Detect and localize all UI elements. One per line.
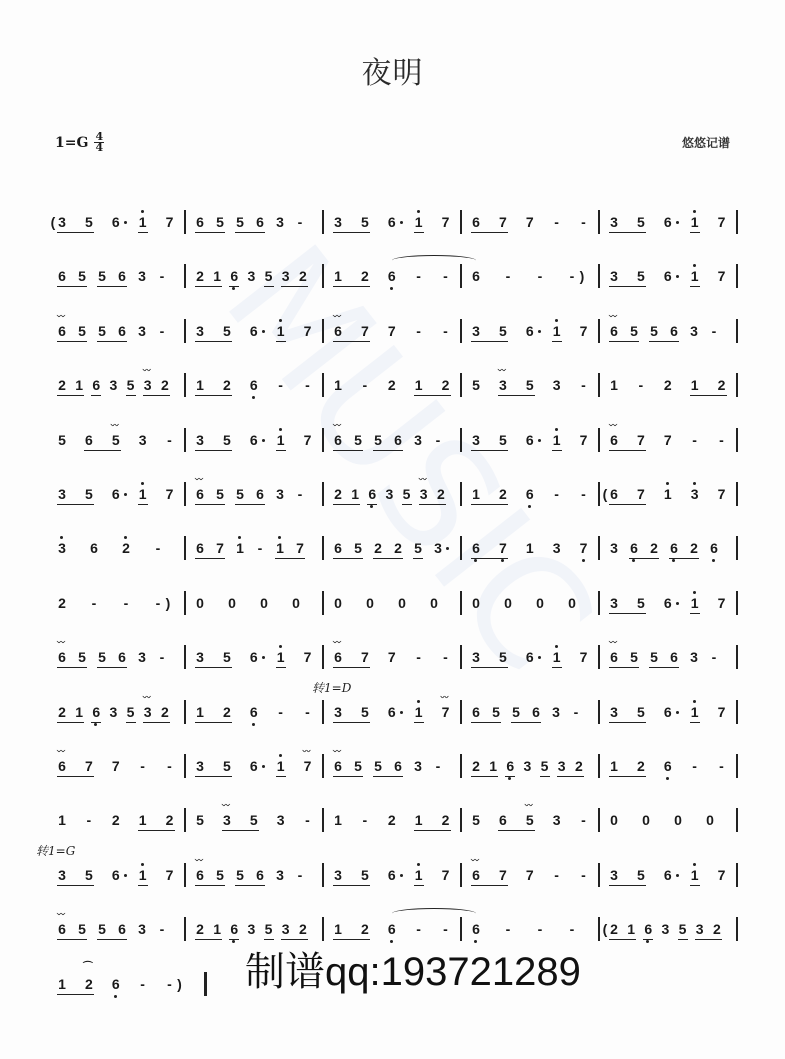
- barline: [598, 808, 600, 832]
- note: 3: [432, 533, 444, 563]
- note: 6: [88, 533, 100, 563]
- beam-underline: [373, 558, 403, 559]
- beam-underline: [609, 504, 646, 505]
- note: 2: [386, 370, 398, 400]
- trill-icon: 〰: [143, 694, 150, 702]
- barline: [322, 808, 324, 832]
- dash: -: [635, 370, 647, 400]
- barline: [184, 536, 186, 560]
- beam-underline: [235, 504, 265, 505]
- beam-underline: [471, 504, 508, 505]
- beam-underline: [333, 885, 370, 886]
- beam-underline: [373, 776, 403, 777]
- note: 6: [110, 207, 122, 237]
- contact-info: 制谱qq:193721289: [245, 940, 581, 997]
- dash: -: [502, 261, 514, 291]
- dash: -: [413, 642, 425, 672]
- paren-close: ): [576, 261, 588, 291]
- barline: [460, 645, 462, 669]
- beam-underline: [695, 939, 722, 940]
- note: 3: [136, 642, 148, 672]
- note: 3: [412, 751, 424, 781]
- trill-icon: 〰: [441, 694, 448, 702]
- key-signature: 1=G 4 4: [55, 132, 104, 153]
- beam-underline: [609, 232, 646, 233]
- beam-underline: [333, 232, 370, 233]
- note: 0: [290, 588, 302, 618]
- score-line: 3(561765563-35617677--35617: [50, 207, 740, 237]
- trill-icon: 〰: [333, 639, 340, 647]
- note: 7: [578, 533, 590, 563]
- augmentation-dot: [262, 330, 265, 333]
- beam-underline: [333, 341, 370, 342]
- note: 3: [107, 370, 119, 400]
- note: 1: [608, 370, 620, 400]
- trill-icon: 〰: [143, 367, 150, 375]
- trill-icon: 〰: [525, 802, 532, 810]
- beam-underline: [57, 232, 94, 233]
- beam-underline: [138, 885, 148, 886]
- note: 0: [470, 588, 482, 618]
- barline: [598, 863, 600, 887]
- beam-underline: [276, 667, 286, 668]
- beam-underline: [511, 722, 541, 723]
- beam-underline: [195, 341, 232, 342]
- dash: -: [570, 697, 582, 727]
- barline: [736, 754, 738, 778]
- dash: -: [164, 425, 176, 455]
- augmentation-dot: [262, 765, 265, 768]
- beam-underline: [57, 994, 94, 995]
- trill-icon: 〰: [111, 422, 118, 430]
- note: 3: [274, 207, 286, 237]
- note: 3: [137, 425, 149, 455]
- note: 3: [608, 533, 620, 563]
- trill-icon: 〰: [609, 313, 616, 321]
- dash: -: [359, 805, 371, 835]
- augmentation-dot: [676, 275, 679, 278]
- note: 0: [428, 588, 440, 618]
- beam-underline: [414, 885, 424, 886]
- note: 3: [550, 697, 562, 727]
- dash: -: [578, 207, 590, 237]
- beam-underline: [91, 395, 101, 396]
- note: 0: [258, 588, 270, 618]
- barline: [322, 536, 324, 560]
- note: 1: [662, 479, 674, 509]
- barline: [184, 917, 186, 941]
- beam-underline: [609, 286, 646, 287]
- dash: -: [294, 860, 306, 890]
- key-change-annotation: 转1=D: [312, 679, 351, 696]
- note: 6: [248, 316, 260, 346]
- augmentation-dot: [124, 221, 127, 224]
- note: 6: [248, 697, 260, 727]
- beam-underline: [195, 667, 232, 668]
- barline: [460, 863, 462, 887]
- note: 1: [56, 805, 68, 835]
- beam-underline: [57, 667, 87, 668]
- trill-icon: 〰: [195, 476, 202, 484]
- beam-underline: [57, 776, 94, 777]
- note: 2: [56, 588, 68, 618]
- dash: -: [152, 533, 164, 563]
- barline: [322, 373, 324, 397]
- beam-underline: [367, 504, 377, 505]
- beam-underline: [281, 286, 308, 287]
- note: 3: [551, 805, 563, 835]
- beam-underline: [57, 939, 87, 940]
- dash: -: [359, 370, 371, 400]
- beam-underline: [57, 286, 87, 287]
- barline: [736, 428, 738, 452]
- barline: [460, 264, 462, 288]
- barline: [184, 210, 186, 234]
- beam-underline: [414, 830, 451, 831]
- trill-icon: 〰: [609, 422, 616, 430]
- note: 7〰: [440, 697, 452, 727]
- barline: [460, 700, 462, 724]
- note: 0: [704, 805, 716, 835]
- score-line: 356176〰5563-216353〰2126--6(7137: [50, 479, 740, 509]
- beam-underline: [195, 776, 232, 777]
- barline: [736, 645, 738, 669]
- beam-underline: [609, 613, 646, 614]
- beam-underline: [471, 341, 508, 342]
- dash: -: [302, 805, 314, 835]
- beam-underline: [419, 504, 446, 505]
- beam-underline: [126, 395, 136, 396]
- trill-icon: 〰: [333, 422, 340, 430]
- note: 6: [662, 751, 674, 781]
- note: 6: [386, 860, 398, 890]
- beam-underline: [195, 232, 225, 233]
- note: 6: [662, 207, 674, 237]
- beam-underline: [235, 232, 265, 233]
- barline: [736, 917, 738, 941]
- note: 6: [110, 860, 122, 890]
- score-line: 6〰5563-356176〰77--356176〰5563-: [50, 316, 740, 346]
- beam-underline: [235, 885, 265, 886]
- beam-underline: [229, 939, 239, 940]
- beam-underline: [609, 776, 646, 777]
- note: 7: [716, 860, 728, 890]
- note: 6: [708, 533, 720, 563]
- beam-underline: [649, 667, 679, 668]
- dash: -: [137, 751, 149, 781]
- beam-underline: [690, 395, 727, 396]
- note: 3: [136, 316, 148, 346]
- note: 5: [470, 805, 482, 835]
- barline: [184, 754, 186, 778]
- note: 6: [662, 697, 674, 727]
- note: 6: [524, 425, 536, 455]
- dash: -: [432, 425, 444, 455]
- trill-icon: 〰: [195, 857, 202, 865]
- beam-underline: [471, 722, 501, 723]
- note: 0: [672, 805, 684, 835]
- dash: -: [440, 642, 452, 672]
- note: 0: [194, 588, 206, 618]
- beam-underline: [629, 558, 659, 559]
- note: 7: [716, 261, 728, 291]
- beam-underline: [471, 667, 508, 668]
- note: 0: [608, 805, 620, 835]
- barline: [322, 482, 324, 506]
- barline: [460, 754, 462, 778]
- barline: [184, 319, 186, 343]
- note: 3: [56, 533, 68, 563]
- augmentation-dot: [400, 221, 403, 224]
- beam-underline: [195, 939, 222, 940]
- beam-underline: [414, 722, 424, 723]
- slur: [392, 255, 476, 266]
- beam-underline: [471, 776, 498, 777]
- beam-underline: [471, 232, 508, 233]
- note: 7: [164, 860, 176, 890]
- dash: -: [254, 533, 266, 563]
- score-line: 216353〰2126--1-21253〰53-1-212: [50, 370, 740, 400]
- beam-underline: [471, 558, 508, 559]
- barline: [184, 482, 186, 506]
- dash: -: [275, 370, 287, 400]
- note: 6: [662, 860, 674, 890]
- beam-underline: [402, 504, 412, 505]
- barline: [460, 482, 462, 506]
- note: 6: [248, 370, 260, 400]
- dash: -: [83, 805, 95, 835]
- barline: [736, 264, 738, 288]
- dash: -: [551, 479, 563, 509]
- dash: -: [708, 642, 720, 672]
- note: 0: [502, 588, 514, 618]
- beam-underline: [690, 722, 700, 723]
- note: 1: [332, 805, 344, 835]
- note: 2: [110, 805, 122, 835]
- barline: [322, 754, 324, 778]
- augmentation-dot: [676, 711, 679, 714]
- barline: [598, 210, 600, 234]
- augmentation-dot: [262, 656, 265, 659]
- barline: [184, 428, 186, 452]
- barline: [460, 319, 462, 343]
- note: 3: [274, 860, 286, 890]
- beam-underline: [195, 450, 232, 451]
- note: 7: [302, 316, 314, 346]
- note: 3: [136, 261, 148, 291]
- augmentation-dot: [676, 602, 679, 605]
- note: 7: [110, 751, 122, 781]
- trill-icon: 〰: [333, 313, 340, 321]
- note: 0: [226, 588, 238, 618]
- barline: [184, 700, 186, 724]
- beam-underline: [143, 722, 170, 723]
- dash: -: [689, 751, 701, 781]
- note: 6: [386, 697, 398, 727]
- note: 3: [688, 642, 700, 672]
- note: 1: [234, 533, 246, 563]
- beam-underline: [557, 776, 584, 777]
- time-signature: 4 4: [94, 132, 104, 153]
- beam-underline: [84, 450, 121, 451]
- beam-underline: [669, 558, 699, 559]
- note: 0: [640, 805, 652, 835]
- beam-underline: [540, 776, 550, 777]
- beam-underline: [126, 722, 136, 723]
- beam-underline: [195, 286, 222, 287]
- note: 3: [275, 805, 287, 835]
- trill-icon: 〰: [498, 367, 505, 375]
- beam-underline: [195, 558, 225, 559]
- beam-underline: [57, 504, 94, 505]
- barline: [184, 645, 186, 669]
- note: 1: [332, 370, 344, 400]
- dash: -: [708, 316, 720, 346]
- dash: -: [137, 969, 149, 999]
- barline: [598, 373, 600, 397]
- note: 0: [364, 588, 376, 618]
- barline: [598, 645, 600, 669]
- note: 0: [534, 588, 546, 618]
- dash: -: [551, 860, 563, 890]
- augmentation-dot: [676, 221, 679, 224]
- note: 7: [716, 588, 728, 618]
- beam-underline: [333, 667, 370, 668]
- note: 6: [524, 316, 536, 346]
- score-line: 565〰3-356176〰5563-356176〰77--: [50, 425, 740, 455]
- beam-underline: [414, 232, 424, 233]
- note: 7: [164, 207, 176, 237]
- note: 7: [440, 207, 452, 237]
- final-barline: [204, 972, 207, 996]
- note: 3: [689, 479, 701, 509]
- note: 6: [248, 751, 260, 781]
- slur: [392, 908, 476, 919]
- note: 6: [524, 479, 536, 509]
- score-line: 1-21253〰53-1-212565〰3-0000: [50, 805, 740, 835]
- svg-text:MUSIC: MUSIC: [192, 220, 627, 703]
- beam-underline: [609, 450, 646, 451]
- beam-underline: [333, 722, 370, 723]
- barline: [322, 428, 324, 452]
- beam-underline: [138, 504, 148, 505]
- fermata-icon: ⌒: [83, 963, 93, 973]
- beam-underline: [138, 232, 148, 233]
- dash: -: [164, 751, 176, 781]
- beam-underline: [97, 667, 127, 668]
- beam-underline: [333, 450, 363, 451]
- trill-icon: 〰: [57, 911, 64, 919]
- note: 7: [716, 697, 728, 727]
- note: 3: [551, 533, 563, 563]
- beam-underline: [609, 341, 639, 342]
- note: 7: [524, 860, 536, 890]
- beam-underline: [195, 504, 225, 505]
- beam-underline: [690, 232, 700, 233]
- trill-icon: 〰: [419, 476, 426, 484]
- note: 7: [302, 642, 314, 672]
- note: 3: [383, 479, 395, 509]
- augmentation-dot: [538, 439, 541, 442]
- note: 0: [566, 588, 578, 618]
- augmentation-dot: [538, 330, 541, 333]
- note: 7: [440, 860, 452, 890]
- note: 7: [578, 316, 590, 346]
- song-title: 夜明: [0, 48, 785, 92]
- dash: -: [88, 588, 100, 618]
- beam-underline: [57, 722, 84, 723]
- note: 7: [578, 425, 590, 455]
- beam-underline: [678, 939, 688, 940]
- note: 7: [662, 425, 674, 455]
- note: 7: [386, 642, 398, 672]
- barline: [322, 645, 324, 669]
- note: 7: [716, 207, 728, 237]
- note: 7〰: [302, 751, 314, 781]
- barline: [598, 700, 600, 724]
- note: 3: [245, 261, 257, 291]
- dash: -: [156, 914, 168, 944]
- beam-underline: [333, 776, 363, 777]
- dash: -: [716, 751, 728, 781]
- beam-underline: [609, 667, 639, 668]
- score-line: 2---)00000000000035617: [50, 588, 740, 618]
- barline: [736, 536, 738, 560]
- dash: -: [716, 425, 728, 455]
- barline: [322, 917, 324, 941]
- note: 2: [386, 805, 398, 835]
- beam-underline: [505, 776, 515, 777]
- beam-underline: [609, 722, 646, 723]
- key-change-annotation: 转1=G: [36, 842, 75, 859]
- barline: [736, 373, 738, 397]
- barline: [184, 863, 186, 887]
- barline: [736, 591, 738, 615]
- dash: -: [534, 261, 546, 291]
- beam-underline: [143, 395, 170, 396]
- note: 6: [662, 261, 674, 291]
- beam-underline: [333, 504, 360, 505]
- beam-underline: [138, 830, 175, 831]
- beam-underline: [413, 558, 423, 559]
- note: 2: [662, 370, 674, 400]
- dash: -: [156, 316, 168, 346]
- beam-underline: [229, 286, 239, 287]
- beam-underline: [690, 613, 700, 614]
- augmentation-dot: [400, 874, 403, 877]
- dash: -: [156, 261, 168, 291]
- key-label: 1=G: [55, 135, 88, 151]
- trill-icon: 〰: [57, 639, 64, 647]
- note: 5: [470, 370, 482, 400]
- trill-icon: 〰: [222, 802, 229, 810]
- dash: -: [302, 370, 314, 400]
- augmentation-dot: [400, 711, 403, 714]
- dash: -: [294, 207, 306, 237]
- dash: -: [689, 425, 701, 455]
- beam-underline: [498, 830, 535, 831]
- beam-underline: [690, 286, 700, 287]
- barline: [460, 536, 462, 560]
- dash: -: [156, 642, 168, 672]
- note: 7: [578, 642, 590, 672]
- barline: [322, 264, 324, 288]
- beam-underline: [552, 667, 562, 668]
- beam-underline: [97, 341, 127, 342]
- barline: [598, 428, 600, 452]
- note: 0: [332, 588, 344, 618]
- barline: [598, 264, 600, 288]
